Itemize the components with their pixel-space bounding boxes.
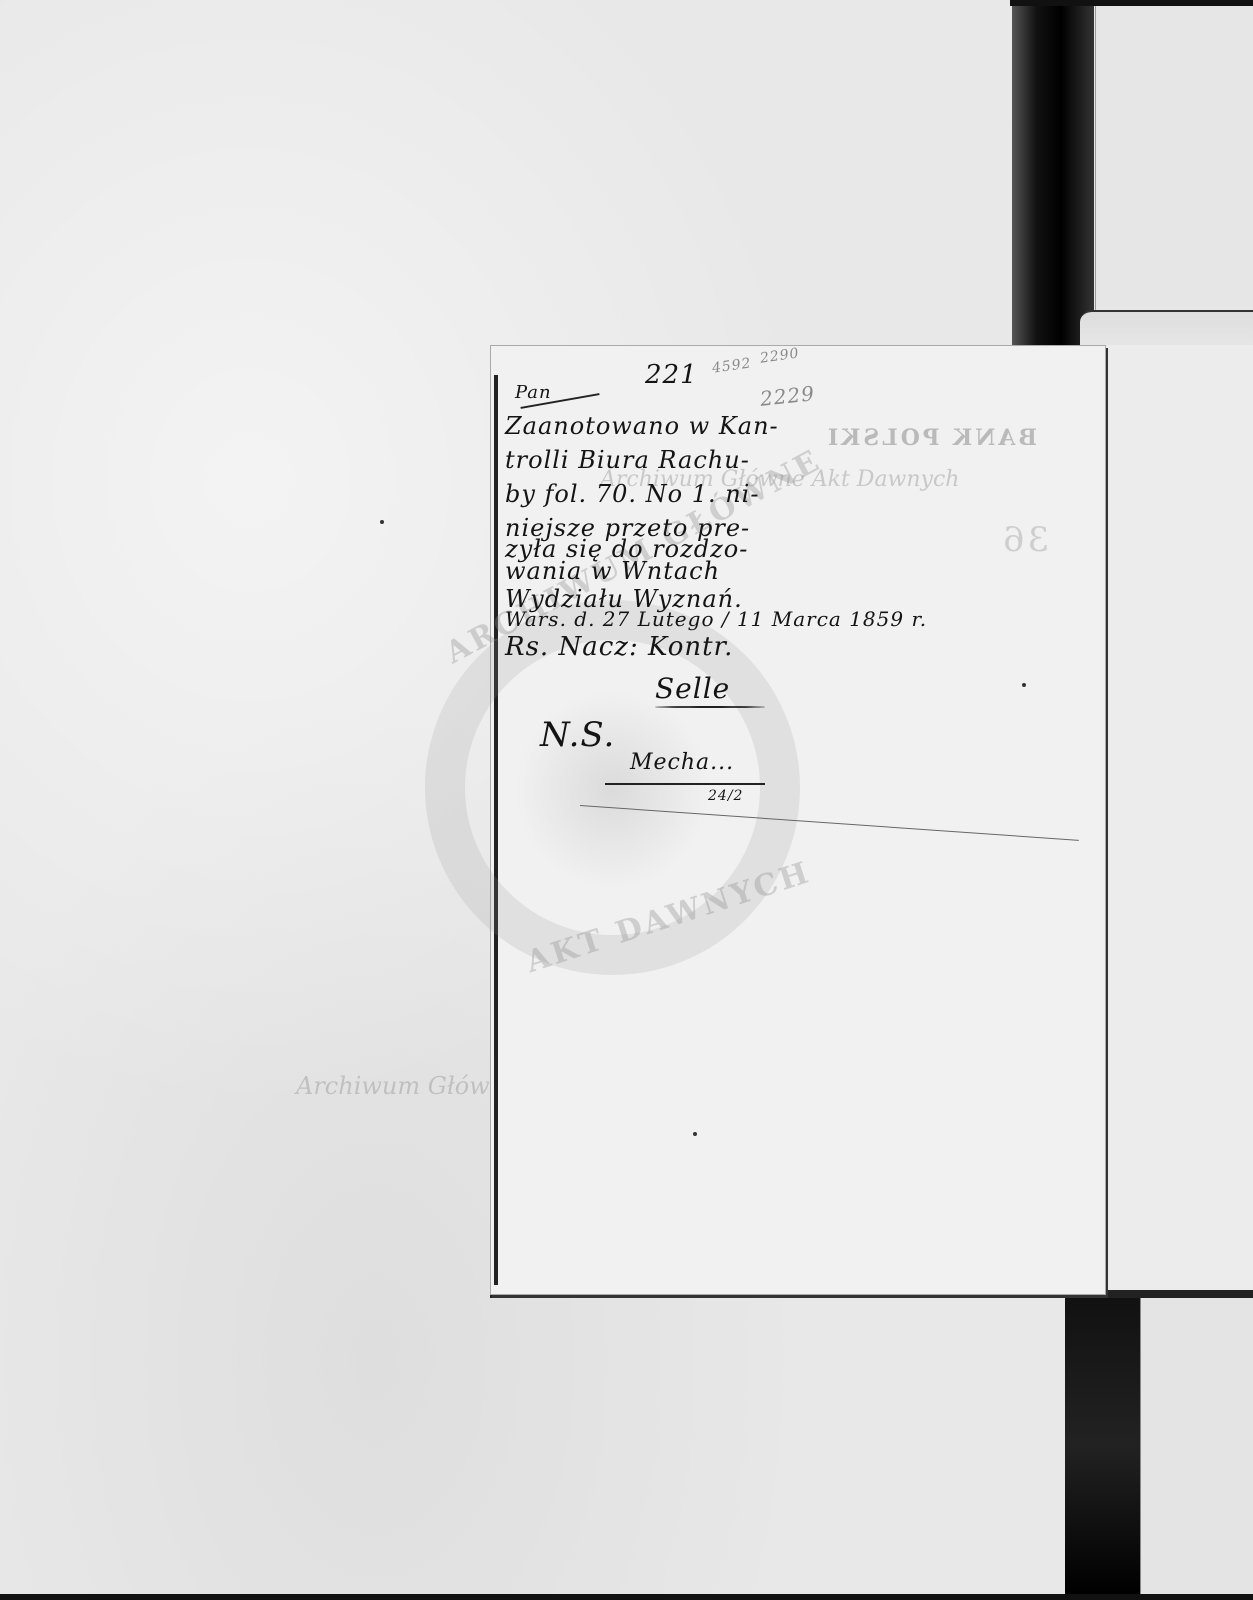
mirrored-number: 36 [1000,520,1049,560]
signature-initials: N.S. [540,715,615,755]
folio-number: 221 [645,360,698,390]
speck [1022,683,1026,687]
manuscript-date-line: Wars. d. 27 Lutego / 11 Marca 1859 r. [505,607,927,631]
facing-page [1092,345,1253,1293]
manuscript-line-3: trolli Biura Rachu- [505,446,750,474]
binding-gutter-bottom [1065,1297,1141,1594]
manuscript-line-2: Zaanotowano w Kan- [505,412,779,440]
signature-2: Mecha... [630,750,734,775]
signature-1: Selle [655,672,730,705]
adjacent-sheet-top [1095,6,1253,311]
manuscript-line-1: Pan [515,382,552,403]
mirrored-stamp: BANK POLSKI [825,425,1037,451]
signature-number: 24/2 [708,788,743,804]
speck [380,520,384,524]
signature-flourish-1 [655,706,765,708]
manuscript-line-4: by fol. 70. No 1. ni- [505,480,759,508]
manuscript-line-7: wania w Wntach [505,557,720,585]
adjacent-sheet-bottom [1140,1297,1253,1594]
binding-gutter-top [1012,6,1094,346]
manuscript-office-line: Rs. Nacz: Kontr. [505,632,733,662]
signature-flourish-2 [605,783,765,785]
speck [693,1132,697,1136]
scan-border-bottom [0,1594,1253,1600]
